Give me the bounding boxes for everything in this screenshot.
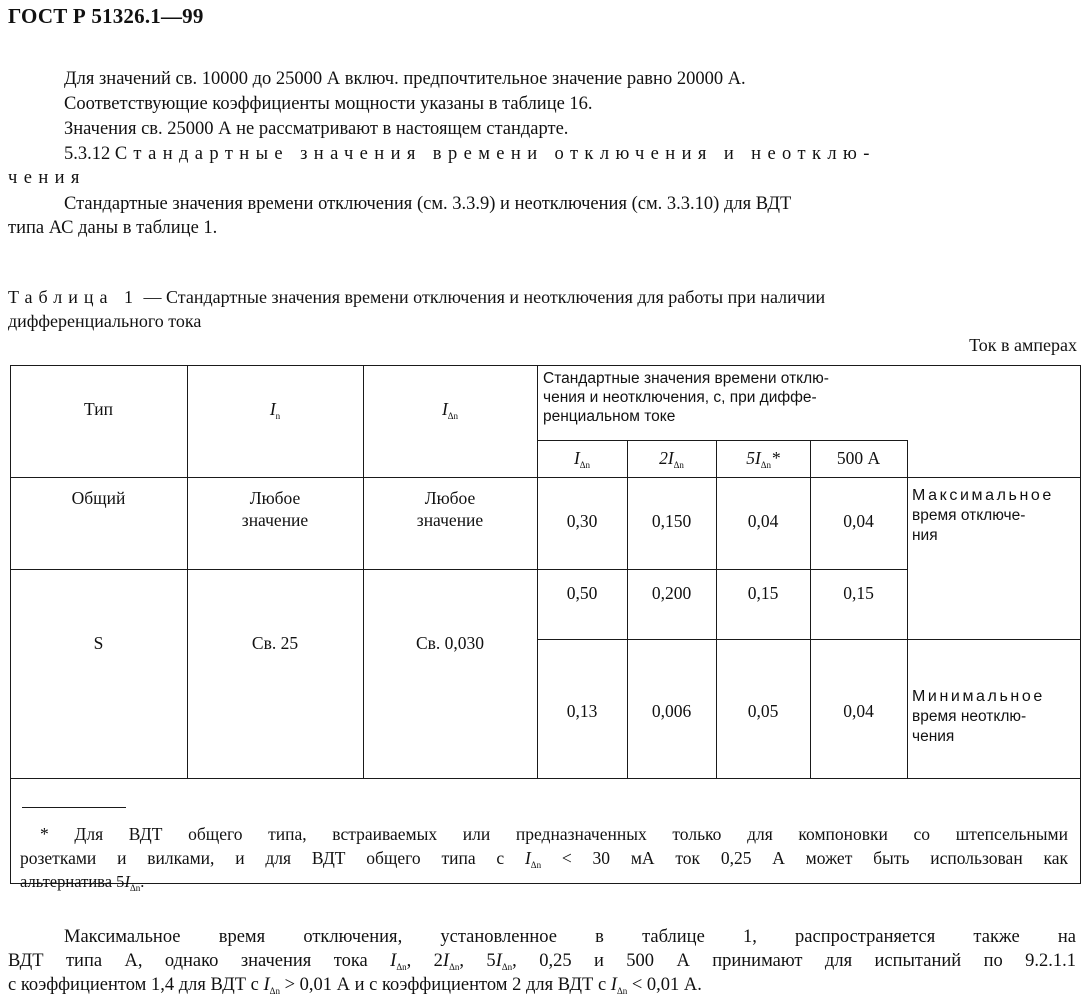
cell-value: 0,04 <box>810 700 907 722</box>
cell-in: Св. 25 <box>187 632 363 654</box>
cell-value: 0,05 <box>716 700 810 722</box>
header-group-title: Стандартные значения времени отклю- чени… <box>543 369 923 426</box>
paragraph: Для значений св. 10000 до 25000 А включ.… <box>64 67 746 91</box>
subheader-5idn: 5IΔn* <box>716 447 810 476</box>
cell-idn: Любоезначение <box>363 487 537 531</box>
cell-value: 0,006 <box>627 700 716 722</box>
cell-value: 0,150 <box>627 510 716 532</box>
intro-paragraph: Стандартные значения времени отключения … <box>64 192 791 216</box>
cell-idn: Св. 0,030 <box>363 632 537 654</box>
subheader-2idn: 2IΔn <box>627 447 716 476</box>
cell-type: S <box>10 632 187 654</box>
intro-paragraph-cont: типа АС даны в таблице 1. <box>8 216 217 240</box>
header-in: In <box>187 398 363 427</box>
side-label-max: Максимальное время отключе- ния <box>912 486 1080 546</box>
section-title-cont: чения <box>8 166 86 190</box>
cell-value: 0,15 <box>810 582 907 604</box>
cell-in: Любоезначение <box>187 487 363 531</box>
cell-value: 0,04 <box>810 510 907 532</box>
table-caption-text: — Стандартные значения времени отключени… <box>139 287 825 307</box>
cell-value: 0,200 <box>627 582 716 604</box>
units-note: Ток в амперах <box>969 333 1077 357</box>
footnote-line: * Для ВДТ общего типа, встраиваемых или … <box>40 822 1068 846</box>
table-caption: Таблица 1 — Стандартные значения времени… <box>8 285 825 309</box>
subheader-500a: 500 А <box>810 447 907 469</box>
section-number: 5.3.12 <box>64 144 110 164</box>
header-type: Тип <box>10 398 187 420</box>
paragraph: Соответствующие коэффициенты мощности ук… <box>64 92 593 116</box>
closing-paragraph: Максимальное время отключения, установле… <box>64 925 1076 949</box>
footnote-line: альтернатива 5IΔn. <box>20 870 144 900</box>
closing-paragraph-cont: с коэффициентом 1,4 для ВДТ с IΔn > 0,01… <box>8 973 702 1000</box>
cell-value: 0,50 <box>537 582 627 604</box>
table-caption-cont: дифференциального тока <box>8 309 201 333</box>
footnote-line: розетками и вилками, и для ВДТ общего ти… <box>20 846 1068 877</box>
cell-value: 0,04 <box>716 510 810 532</box>
cell-value: 0,13 <box>537 700 627 722</box>
cell-value: 0,15 <box>716 582 810 604</box>
cell-value: 0,30 <box>537 510 627 532</box>
table-label: Таблица 1 <box>8 287 139 307</box>
subheader-idn: IΔn <box>537 447 627 476</box>
header-idn: IΔn <box>363 398 537 427</box>
cell-type: Общий <box>10 487 187 509</box>
section-heading: 5.3.12 Стандартные значения времени откл… <box>64 142 876 166</box>
paragraph: Значения св. 25000 А не рассматривают в … <box>64 117 568 141</box>
document-header: ГОСТ Р 51326.1—99 <box>8 4 204 29</box>
section-title: Стандартные значения времени отключения … <box>115 144 876 164</box>
side-label-min: Минимальное время неотклю- чения <box>912 687 1080 747</box>
